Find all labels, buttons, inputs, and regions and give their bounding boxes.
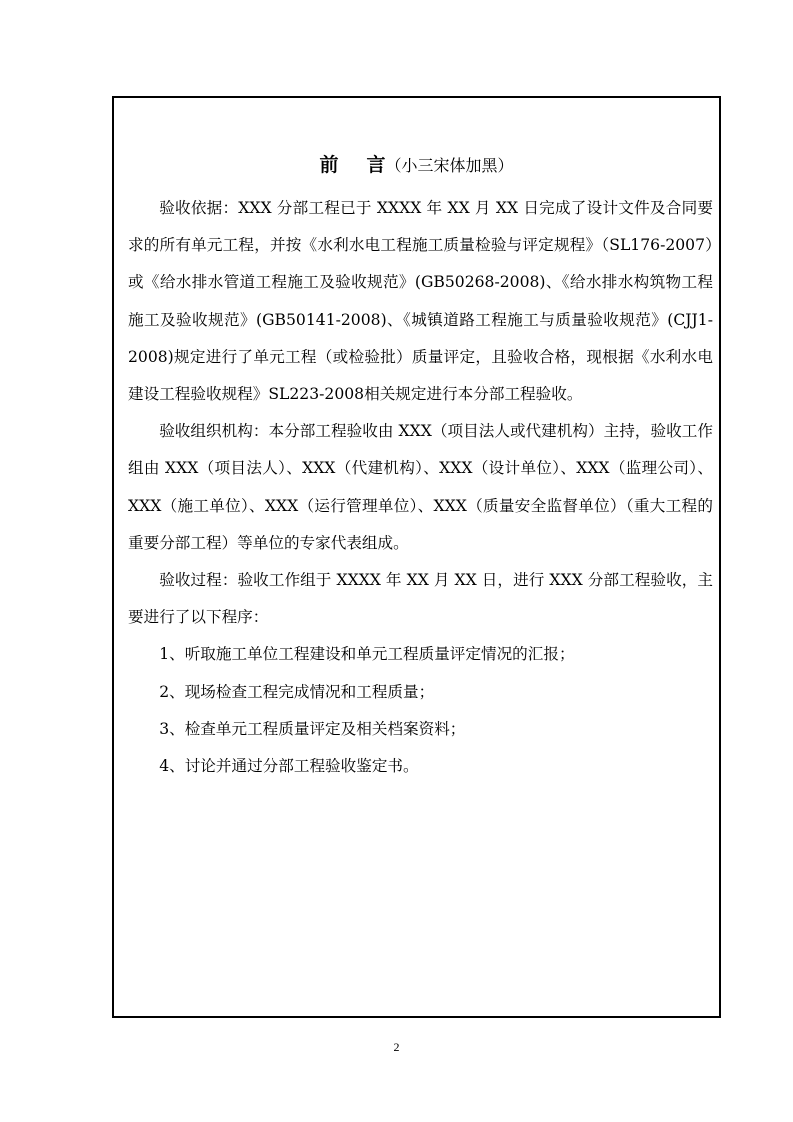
- list-item: 3、检查单元工程质量评定及相关档案资料；: [128, 711, 713, 748]
- procedure-list: 1、听取施工单位工程建设和单元工程质量评定情况的汇报； 2、现场检查工程完成情况…: [128, 636, 713, 785]
- title-char-2: 言: [366, 154, 385, 176]
- page-number: 2: [0, 1040, 793, 1055]
- document-body: 验收依据：XXX 分部工程已于 XXXX 年 XX 月 XX 日完成了设计文件及…: [128, 190, 713, 785]
- title-format-note: （小三宋体加黑）: [386, 156, 514, 175]
- paragraph-acceptance-basis: 验收依据：XXX 分部工程已于 XXXX 年 XX 月 XX 日完成了设计文件及…: [128, 190, 713, 413]
- paragraph-acceptance-organization: 验收组织机构：本分部工程验收由 XXX（项目法人或代建机构）主持，验收工作组由 …: [128, 413, 713, 562]
- list-item: 1、听取施工单位工程建设和单元工程质量评定情况的汇报；: [128, 636, 713, 673]
- page-title: 前言（小三宋体加黑）: [114, 153, 719, 178]
- title-char-1: 前: [319, 154, 338, 176]
- list-item: 2、现场检查工程完成情况和工程质量；: [128, 674, 713, 711]
- document-frame: 前言（小三宋体加黑） 验收依据：XXX 分部工程已于 XXXX 年 XX 月 X…: [112, 96, 721, 1018]
- list-item: 4、讨论并通过分部工程验收鉴定书。: [128, 748, 713, 785]
- paragraph-acceptance-process: 验收过程：验收工作组于 XXXX 年 XX 月 XX 日，进行 XXX 分部工程…: [128, 562, 713, 636]
